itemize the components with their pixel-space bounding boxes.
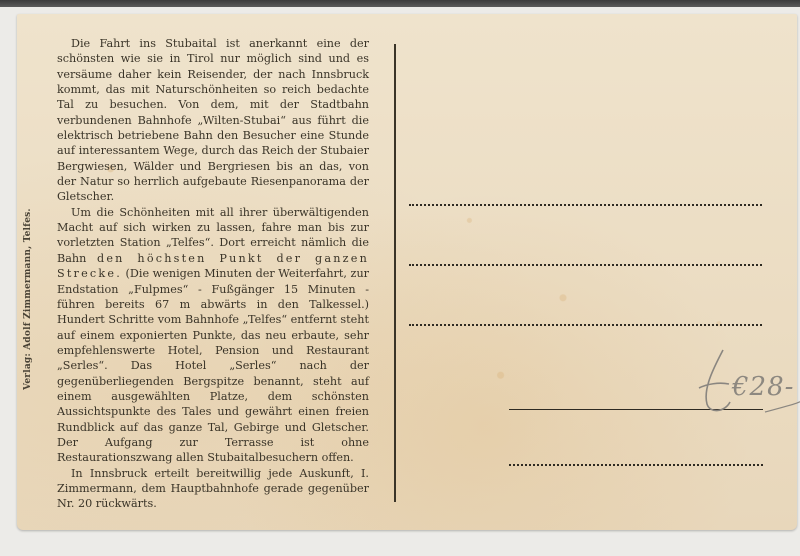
paragraph-info: In Innsbruck erteilt bereitwillig jede A… (57, 466, 369, 512)
paragraph-telfes: Um die Schönheiten mit all ihrer überwäl… (57, 205, 369, 466)
message-text-block: Die Fahrt ins Stubaital ist anerkannt ei… (57, 36, 369, 512)
postcard-back: Verlag: Adolf Zimmermann, Telfes. Die Fa… (17, 14, 797, 530)
scan-top-edge (0, 0, 800, 7)
address-line-3 (409, 324, 762, 326)
paragraph-telfes-b: (Die wenigen Minuten der Weiterfahrt, zu… (57, 267, 369, 464)
handwritten-price: €28- (732, 372, 794, 402)
publisher-imprint: Verlag: Adolf Zimmermann, Telfes. (23, 208, 33, 390)
address-line-5 (509, 464, 763, 466)
paragraph-intro: Die Fahrt ins Stubaital ist anerkannt ei… (57, 36, 369, 205)
address-line-1 (409, 204, 762, 206)
center-divider (394, 44, 396, 502)
address-line-2 (409, 264, 762, 266)
